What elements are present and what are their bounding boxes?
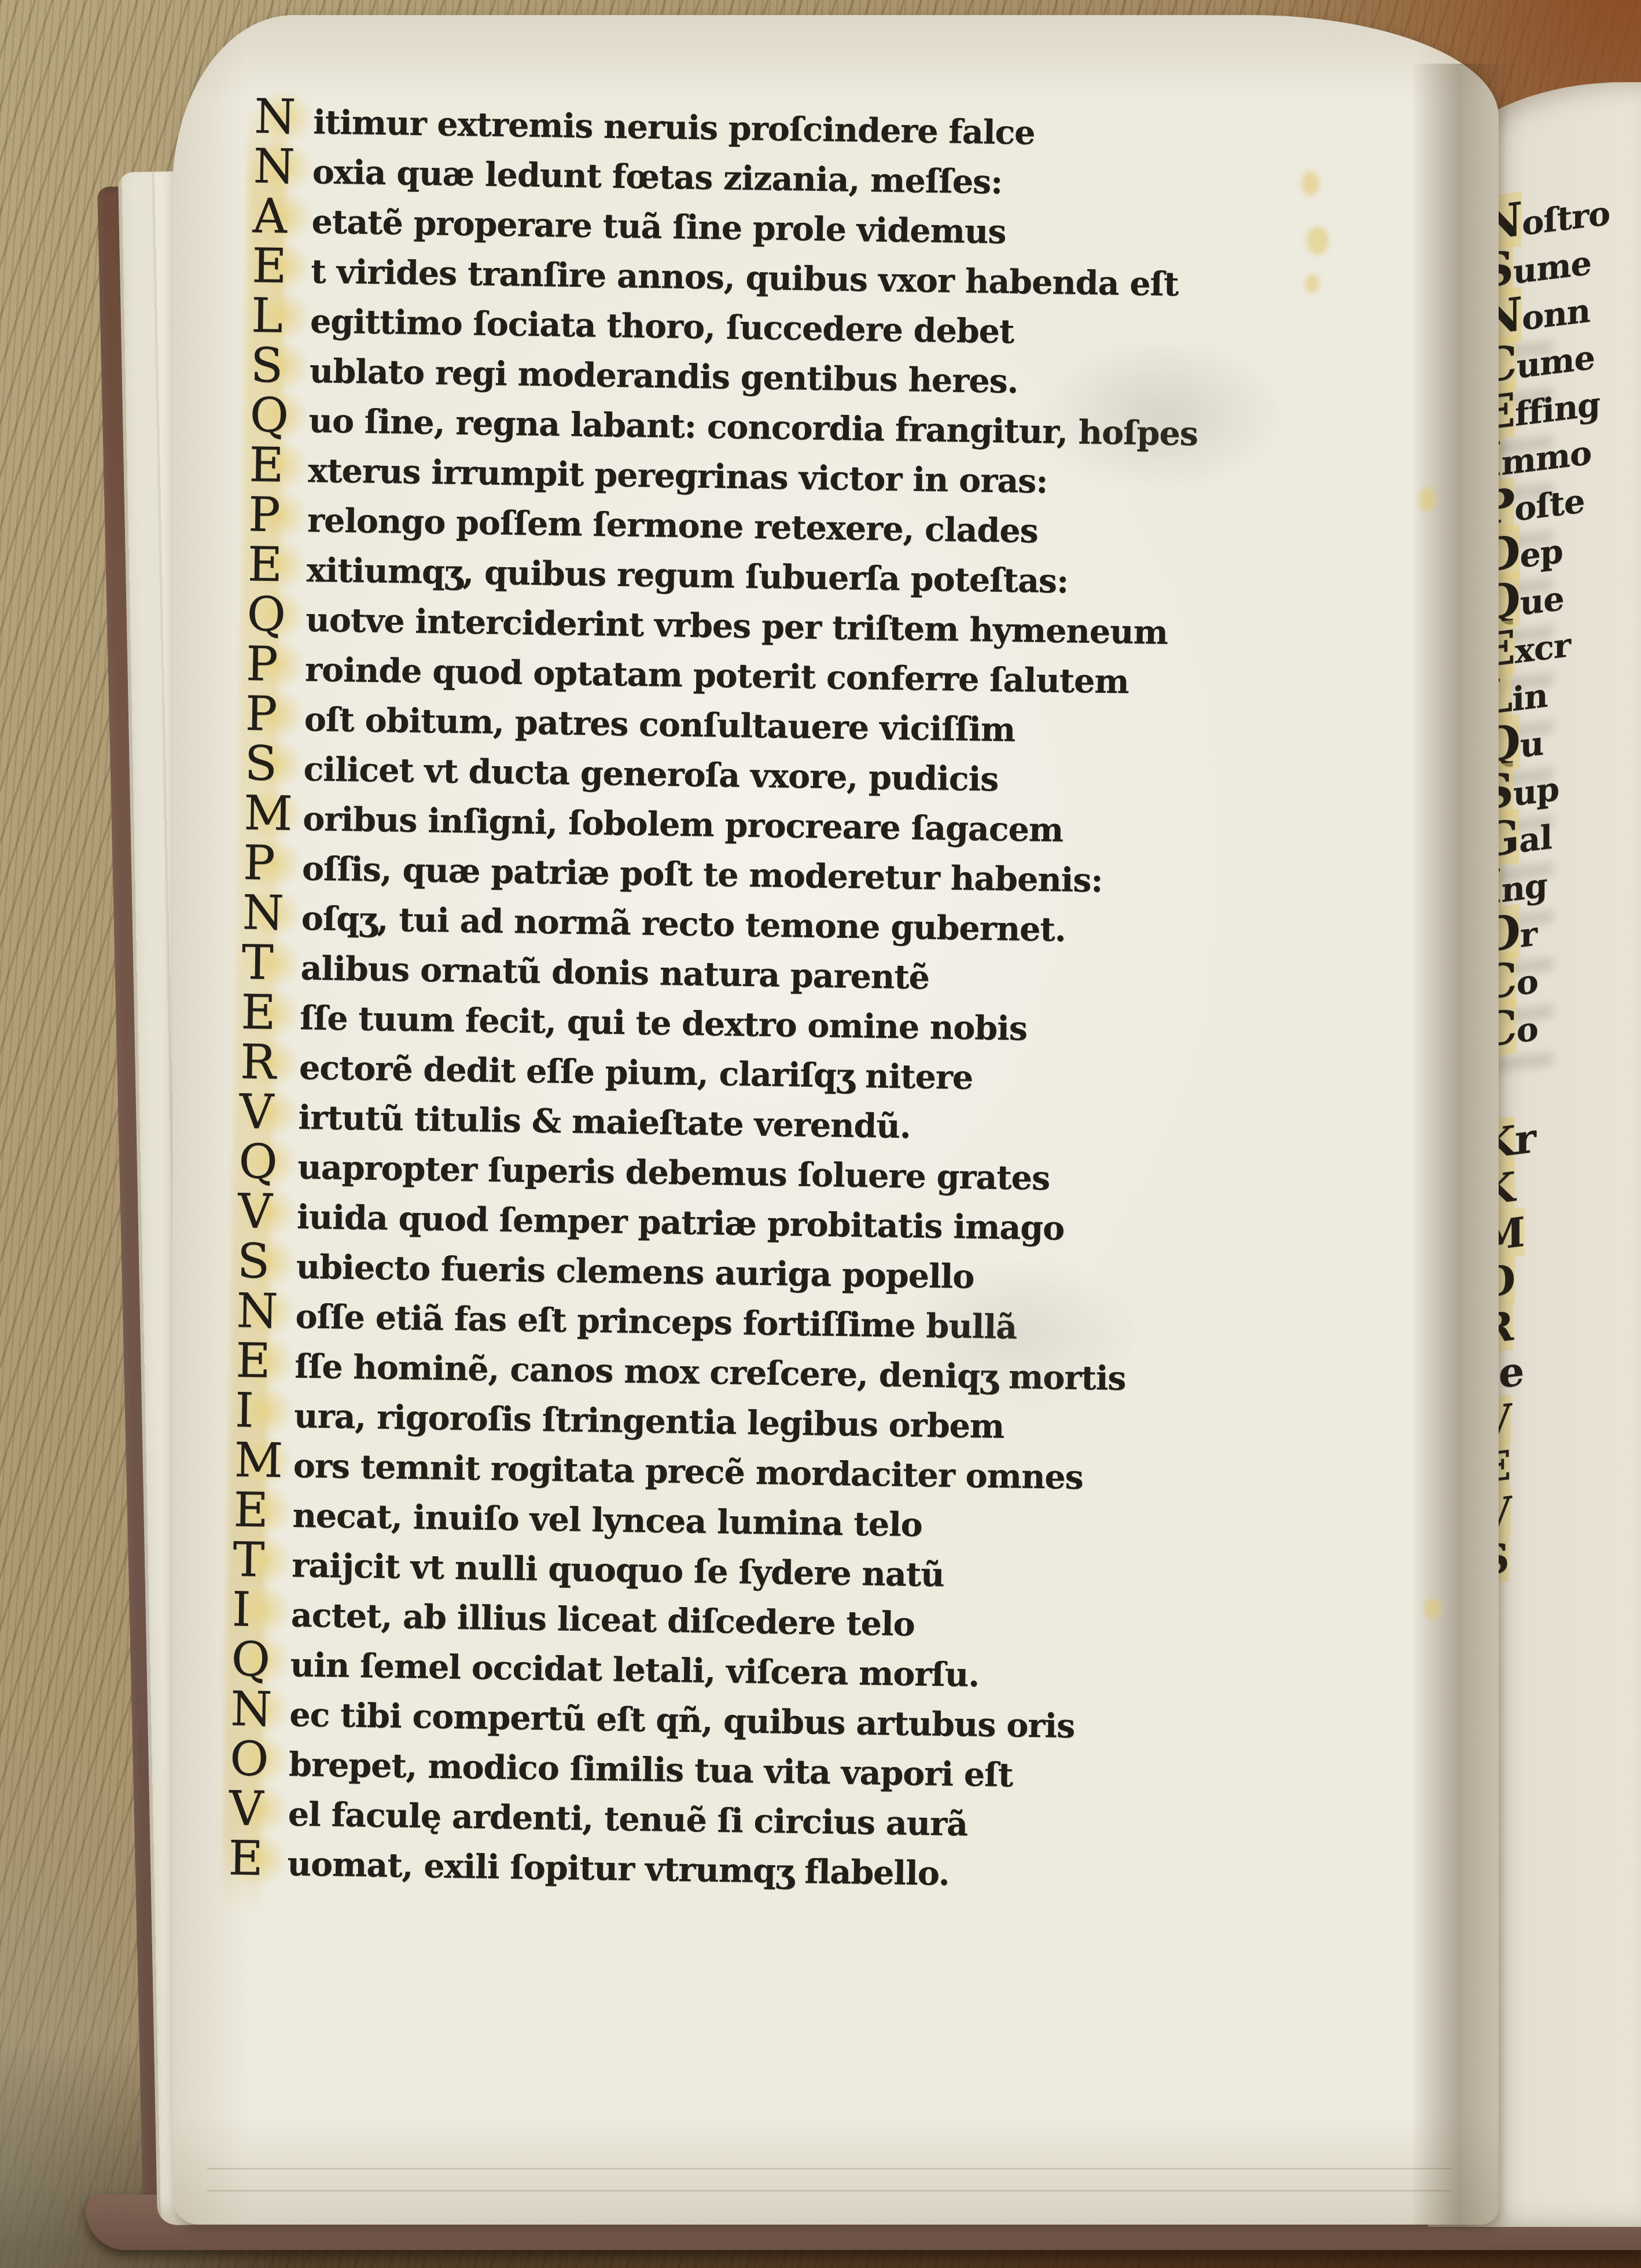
illuminated-initial: I <box>231 1582 291 1638</box>
illuminated-initial: I <box>234 1383 294 1439</box>
show-through-smudge <box>1040 339 1283 490</box>
illuminated-initial: N <box>230 1682 290 1738</box>
illuminated-initial: S <box>244 736 304 792</box>
illuminated-initial: N <box>254 89 314 145</box>
yellow-wash-spot <box>1419 487 1436 512</box>
right-page-text-fragments: NoſtroSumeNonnCumeEffingImmoPoſteDepQueE… <box>1480 181 1610 1583</box>
illuminated-initial: V <box>238 1184 297 1240</box>
illuminated-initial: V <box>239 1085 299 1141</box>
illuminated-initial: P <box>245 686 304 742</box>
yellow-wash-spot <box>1307 227 1329 255</box>
illuminated-initial: N <box>236 1284 296 1340</box>
left-page: Nitimur extremis neruis proſcindere falc… <box>172 15 1499 2225</box>
illuminated-initial: N <box>242 885 301 942</box>
illuminated-initial: L <box>251 288 310 344</box>
poem-line-text: uomat, exili ſopitur vtrumqʒ flabello. <box>287 1844 950 1893</box>
illuminated-initial: Q <box>249 388 309 444</box>
illuminated-initial: M <box>244 786 303 842</box>
illuminated-initial: P <box>248 487 307 543</box>
illuminated-initial: E <box>247 537 307 593</box>
show-through-smudge <box>896 1259 1139 1410</box>
bottom-page-edge-lines <box>207 2157 1451 2210</box>
illuminated-initial: T <box>233 1532 292 1589</box>
illuminated-initial: S <box>250 338 310 394</box>
illuminated-initial: N <box>253 139 312 195</box>
illuminated-initial: M <box>234 1433 293 1489</box>
illuminated-initial: Q <box>246 587 306 643</box>
right-page-fragments-top: NoſtroSumeNonnCumeEffingImmoPoſteDepQueE… <box>1480 181 1610 1051</box>
illuminated-initial: E <box>233 1483 293 1539</box>
illuminated-initial: T <box>241 935 301 991</box>
illuminated-initial: E <box>241 985 300 1041</box>
illuminated-initial: E <box>252 238 311 295</box>
illuminated-initial: Q <box>231 1632 290 1688</box>
right-page-fragments-bottom: KrKMORIeVEVS <box>1480 1104 1610 1583</box>
illuminated-initial: O <box>229 1732 289 1788</box>
illuminated-initial: P <box>246 637 306 693</box>
illuminated-initial: V <box>229 1781 288 1837</box>
illuminated-initial: S <box>237 1234 296 1290</box>
photo-of-open-incunable-book: NoſtroSumeNonnCumeEffingImmoPoſteDepQueE… <box>0 0 1641 2268</box>
yellow-wash-spot <box>1302 171 1319 196</box>
illuminated-initial: E <box>249 438 308 494</box>
yellow-wash-spot <box>1425 1598 1441 1619</box>
latin-poem-text-block: Nitimur extremis neruis proſcindere falc… <box>228 89 1202 1895</box>
yellow-wash-spot <box>1305 274 1319 293</box>
illuminated-initial: Q <box>238 1134 298 1190</box>
illuminated-initial: E <box>228 1831 288 1887</box>
illuminated-initial: R <box>240 1035 299 1091</box>
illuminated-initial: P <box>242 836 302 892</box>
illuminated-initial: A <box>252 189 312 245</box>
illuminated-initial: E <box>236 1333 295 1390</box>
